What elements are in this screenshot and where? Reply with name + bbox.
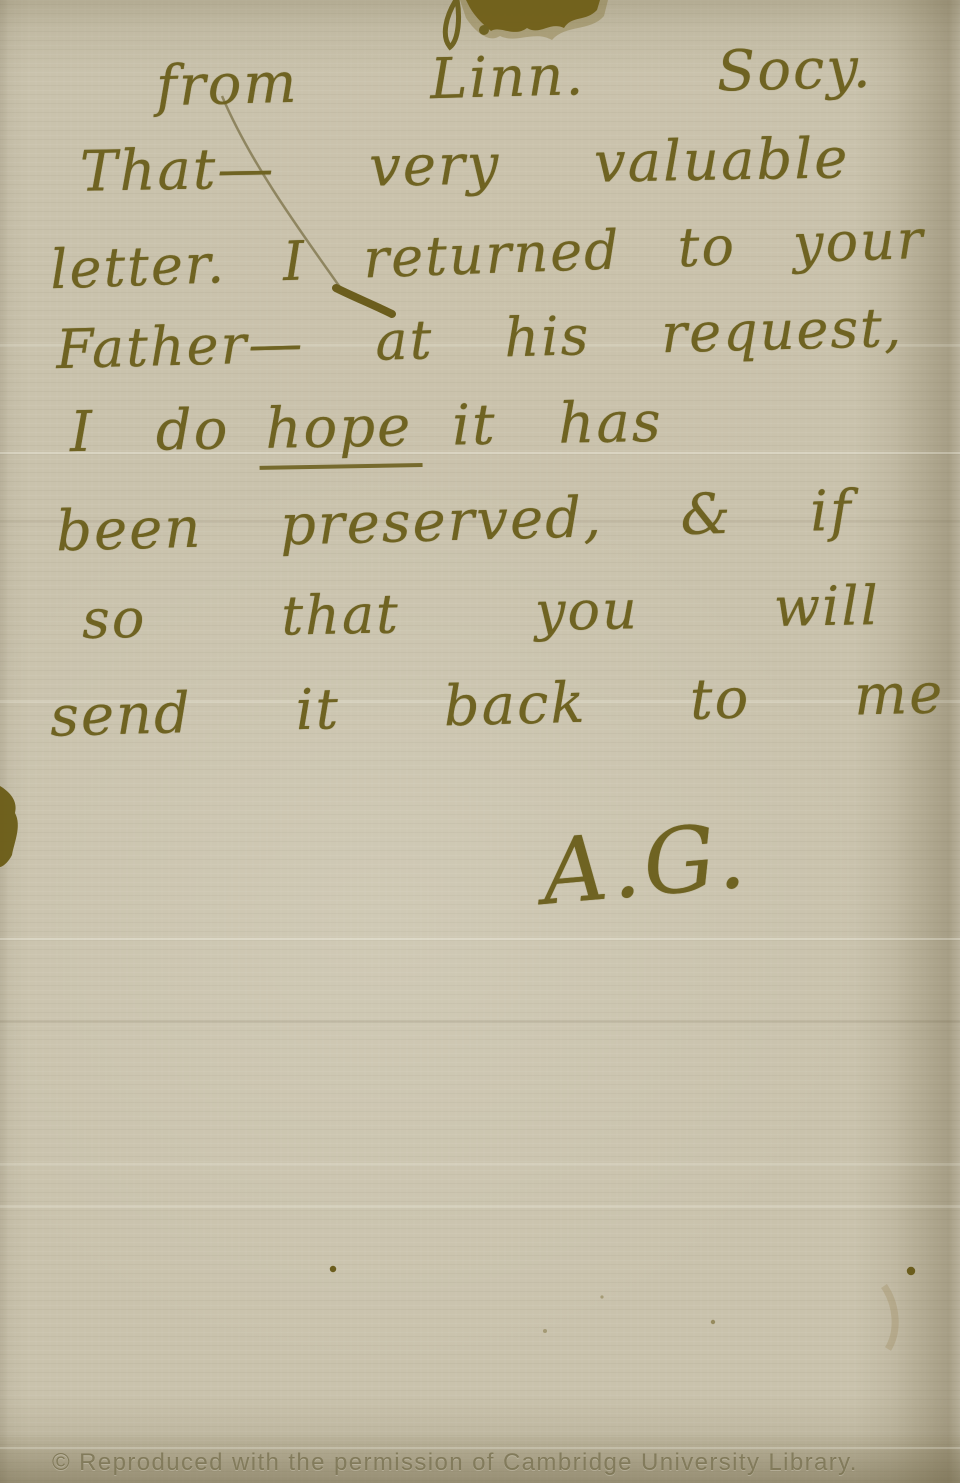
manuscript-page: from Linn. Socy. That— very valuable let… [0,0,960,1483]
handwriting-line-3: letter. I returned to your [49,213,925,297]
speck [330,1266,336,1272]
ink-stain-top [466,0,600,32]
ink-stain-left [0,786,18,867]
caption-bar: © Reproduced with the permission of Camb… [0,1437,960,1483]
cutoff-pen-stroke [445,0,458,47]
signature: A.G. [538,811,752,919]
scan-streak [0,1163,960,1166]
speck [711,1320,715,1324]
handwriting-line-5: I dohopeit has [69,395,663,473]
handwriting-line-8: send it back to me [49,666,945,745]
speck [907,1267,915,1275]
handwriting-line-2: That— very valuable [80,131,850,200]
scan-streak [0,938,960,940]
speck [600,1295,603,1298]
handwriting-line-7: so that you will [82,579,881,647]
ink-dot [479,25,489,35]
speck [543,1329,547,1333]
copyright-caption: © Reproduced with the permission of Camb… [52,1449,858,1477]
ink-stain-top-halo [460,0,608,40]
handwriting-line-4: Father— at his request, [55,301,903,377]
scan-streak [0,1020,960,1023]
faint-stain-arc [884,1286,895,1349]
handwriting-segment: I do [69,397,230,465]
handwriting-segment: it has [452,390,664,459]
underlined-word: hope [259,399,423,470]
handwriting-line-6: been preserved, & if [55,484,853,561]
scan-streak [0,1205,960,1208]
handwriting-line-1: from Linn. Socy. [155,41,873,116]
